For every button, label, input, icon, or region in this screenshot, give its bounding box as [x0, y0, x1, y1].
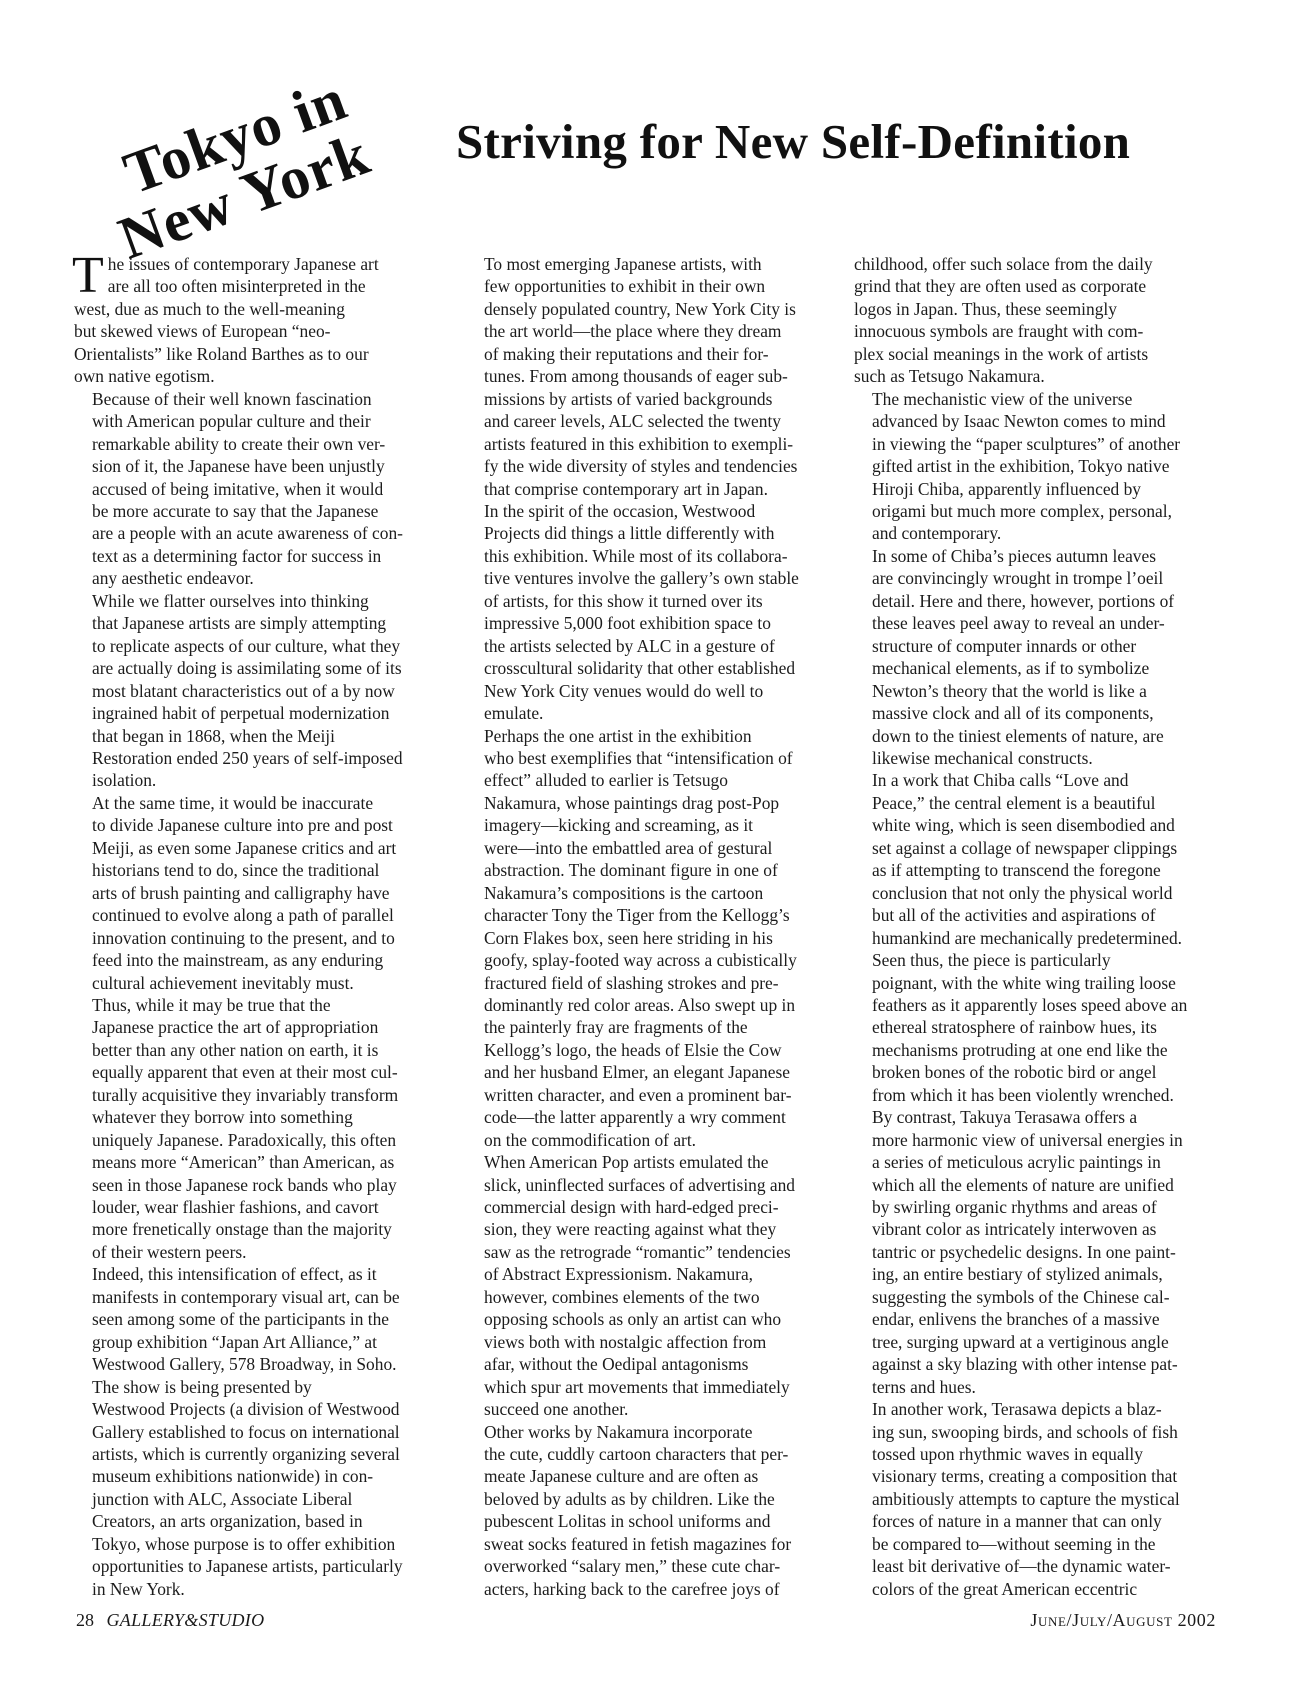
- text-line: vibrant color as intricately interwoven …: [854, 1218, 1224, 1240]
- text-line: origami but much more complex, personal,: [854, 500, 1224, 522]
- text-line: most blatant characteristics out of a by…: [74, 680, 420, 702]
- text-line: In a work that Chiba calls “Love and: [854, 769, 1224, 791]
- article-column-3: childhood, offer such solace from the da…: [854, 253, 1224, 1600]
- text-line: beloved by adults as by children. Like t…: [466, 1488, 812, 1510]
- text-line: When American Pop artists emulated the: [466, 1151, 812, 1173]
- article-paragraph: Seen thus, the piece is particularlypoig…: [854, 949, 1224, 1106]
- text-line: are all too often misinterpreted in the: [108, 276, 366, 296]
- text-line: Creators, an arts organization, based in: [74, 1510, 420, 1532]
- text-line: Nakamura, whose paintings drag post-Pop: [466, 792, 812, 814]
- text-line: down to the tiniest elements of nature, …: [854, 725, 1224, 747]
- text-line: pubescent Lolitas in school uniforms and: [466, 1510, 812, 1532]
- text-line: Tokyo, whose purpose is to offer exhibit…: [74, 1533, 420, 1555]
- article-paragraph: To most emerging Japanese artists, withf…: [466, 253, 812, 500]
- text-line: written character, and even a prominent …: [466, 1084, 812, 1106]
- text-line: manifests in contemporary visual art, ca…: [74, 1286, 420, 1308]
- text-line: who best exemplifies that “intensificati…: [466, 747, 812, 769]
- text-line: succeed one another.: [466, 1398, 812, 1420]
- text-line: forces of nature in a manner that can on…: [854, 1510, 1224, 1532]
- text-line: white wing, which is seen disembodied an…: [854, 814, 1224, 836]
- text-line: Westwood Projects (a division of Westwoo…: [74, 1398, 420, 1420]
- text-line: Nakamura’s compositions is the cartoon: [466, 882, 812, 904]
- text-line: whatever they borrow into something: [74, 1106, 420, 1128]
- text-line: impressive 5,000 foot exhibition space t…: [466, 612, 812, 634]
- text-line: arts of brush painting and calligraphy h…: [74, 882, 420, 904]
- text-line: means more “American” than American, as: [74, 1151, 420, 1173]
- text-line: Newton’s theory that the world is like a: [854, 680, 1224, 702]
- text-line: seen among some of the participants in t…: [74, 1308, 420, 1330]
- text-line: the art world—the place where they dream: [466, 320, 812, 342]
- text-line: ambitiously attempts to capture the myst…: [854, 1488, 1224, 1510]
- article-paragraph: In some of Chiba’s pieces autumn leavesa…: [854, 545, 1224, 770]
- text-line: The mechanistic view of the universe: [854, 388, 1224, 410]
- text-line: least bit derivative of—the dynamic wate…: [854, 1555, 1224, 1577]
- article-paragraph: The issues of contemporary Japanese arta…: [74, 253, 420, 388]
- article-paragraph: By contrast, Takuya Terasawa offers amor…: [854, 1106, 1224, 1398]
- text-line: gifted artist in the exhibition, Tokyo n…: [854, 455, 1224, 477]
- text-line: poignant, with the white wing trailing l…: [854, 972, 1224, 994]
- text-line: opposing schools as only an artist can w…: [466, 1308, 812, 1330]
- text-line: visionary terms, creating a composition …: [854, 1465, 1224, 1487]
- text-line: Orientalists” like Roland Barthes as to …: [74, 343, 420, 365]
- text-line: Kellogg’s logo, the heads of Elsie the C…: [466, 1039, 812, 1061]
- text-line: imagery—kicking and screaming, as it: [466, 814, 812, 836]
- text-line: equally apparent that even at their most…: [74, 1061, 420, 1083]
- text-line: of making their reputations and their fo…: [466, 343, 812, 365]
- text-line: of Abstract Expressionism. Nakamura,: [466, 1263, 812, 1285]
- text-line: dominantly red color areas. Also swept u…: [466, 994, 812, 1016]
- text-line: childhood, offer such solace from the da…: [854, 253, 1224, 275]
- text-line: uniquely Japanese. Paradoxically, this o…: [74, 1129, 420, 1151]
- drop-cap: T: [72, 256, 104, 296]
- text-line: such as Tetsugo Nakamura.: [854, 365, 1224, 387]
- article-paragraph: childhood, offer such solace from the da…: [854, 253, 1224, 388]
- text-line: Because of their well known fascination: [74, 388, 420, 410]
- text-line: mechanisms protruding at one end like th…: [854, 1039, 1224, 1061]
- text-line: Seen thus, the piece is particularly: [854, 949, 1224, 971]
- text-line: better than any other nation on earth, i…: [74, 1039, 420, 1061]
- text-line: fy the wide diversity of styles and tend…: [466, 455, 812, 477]
- text-line: mechanical elements, as if to symbolize: [854, 657, 1224, 679]
- text-line: turally acquisitive they invariably tran…: [74, 1084, 420, 1106]
- text-line: more harmonic view of universal energies…: [854, 1129, 1224, 1151]
- text-line: grind that they are often used as corpor…: [854, 275, 1224, 297]
- text-line: tunes. From among thousands of eager sub…: [466, 365, 812, 387]
- text-line: that Japanese artists are simply attempt…: [74, 612, 420, 634]
- article-paragraph: At the same time, it would be inaccurate…: [74, 792, 420, 994]
- text-line: the artists selected by ALC in a gesture…: [466, 635, 812, 657]
- text-line: historians tend to do, since the traditi…: [74, 859, 420, 881]
- text-line: Other works by Nakamura incorporate: [466, 1421, 812, 1443]
- text-line: to replicate aspects of our culture, wha…: [74, 635, 420, 657]
- text-line: fractured field of slashing strokes and …: [466, 972, 812, 994]
- text-line: a series of meticulous acrylic paintings…: [854, 1151, 1224, 1173]
- text-line: terns and hues.: [854, 1376, 1224, 1398]
- text-line: commercial design with hard-edged preci-: [466, 1196, 812, 1218]
- text-line: of their western peers.: [74, 1241, 420, 1263]
- text-line: Corn Flakes box, seen here striding in h…: [466, 927, 812, 949]
- text-line: To most emerging Japanese artists, with: [466, 253, 812, 275]
- article-paragraph: Perhaps the one artist in the exhibition…: [466, 725, 812, 1152]
- text-line: ing, an entire bestiary of stylized anim…: [854, 1263, 1224, 1285]
- text-line: were—into the embattled area of gestural: [466, 837, 812, 859]
- text-line: tantric or psychedelic designs. In one p…: [854, 1241, 1224, 1263]
- text-line: and career levels, ALC selected the twen…: [466, 410, 812, 432]
- text-line: in viewing the “paper sculptures” of ano…: [854, 433, 1224, 455]
- text-line: are convincingly wrought in trompe l’oei…: [854, 567, 1224, 589]
- text-line: At the same time, it would be inaccurate: [74, 792, 420, 814]
- text-line: louder, wear flashier fashions, and cavo…: [74, 1196, 420, 1218]
- text-line: emulate.: [466, 702, 812, 724]
- text-line: by swirling organic rhythms and areas of: [854, 1196, 1224, 1218]
- text-line: few opportunities to exhibit in their ow…: [466, 275, 812, 297]
- text-line: sion of it, the Japanese have been unjus…: [74, 455, 420, 477]
- text-line: that comprise contemporary art in Japan.: [466, 478, 812, 500]
- text-line: in New York.: [74, 1578, 420, 1600]
- text-line: Japanese practice the art of appropriati…: [74, 1016, 420, 1038]
- text-line: and contemporary.: [854, 522, 1224, 544]
- text-line: goofy, splay-footed way across a cubisti…: [466, 949, 812, 971]
- text-line: character Tony the Tiger from the Kellog…: [466, 904, 812, 926]
- article-paragraph: In a work that Chiba calls “Love andPeac…: [854, 769, 1224, 949]
- article-paragraph: While we flatter ourselves into thinking…: [74, 590, 420, 792]
- text-line: he issues of contemporary Japanese art: [108, 254, 379, 274]
- text-line: isolation.: [74, 769, 420, 791]
- text-line: Peace,” the central element is a beautif…: [854, 792, 1224, 814]
- text-line: broken bones of the robotic bird or ange…: [854, 1061, 1224, 1083]
- text-line: against a sky blazing with other intense…: [854, 1353, 1224, 1375]
- text-line: ingrained habit of perpetual modernizati…: [74, 702, 420, 724]
- text-line: tree, surging upward at a vertiginous an…: [854, 1331, 1224, 1353]
- text-line: junction with ALC, Associate Liberal: [74, 1488, 420, 1510]
- article-paragraph: Because of their well known fascinationw…: [74, 388, 420, 590]
- text-line: While we flatter ourselves into thinking: [74, 590, 420, 612]
- text-line: ing sun, swooping birds, and schools of …: [854, 1421, 1224, 1443]
- text-line: innovation continuing to the present, an…: [74, 927, 420, 949]
- text-line: massive clock and all of its components,: [854, 702, 1224, 724]
- text-line: Westwood Gallery, 578 Broadway, in Soho.: [74, 1353, 420, 1375]
- text-line: cultural achievement inevitably must.: [74, 972, 420, 994]
- text-line: own native egotism.: [74, 365, 420, 387]
- text-line: structure of computer innards or other: [854, 635, 1224, 657]
- text-line: In some of Chiba’s pieces autumn leaves: [854, 545, 1224, 567]
- article-headline: Striving for New Self-Definition: [456, 113, 1130, 170]
- text-line: this exhibition. While most of its colla…: [466, 545, 812, 567]
- text-line: By contrast, Takuya Terasawa offers a: [854, 1106, 1224, 1128]
- text-line: are a people with an acute awareness of …: [74, 522, 420, 544]
- article-paragraph: Other works by Nakamura incorporatethe c…: [466, 1421, 812, 1601]
- article-column-2: To most emerging Japanese artists, withf…: [466, 253, 812, 1600]
- kicker-title: Tokyo in New York: [92, 62, 412, 232]
- text-line: densely populated country, New York City…: [466, 298, 812, 320]
- text-line: ethereal stratosphere of rainbow hues, i…: [854, 1016, 1224, 1038]
- text-line: In the spirit of the occasion, Westwood: [466, 500, 812, 522]
- text-line: continued to evolve along a path of para…: [74, 904, 420, 926]
- text-line: Projects did things a little differently…: [466, 522, 812, 544]
- text-line: slick, uninflected surfaces of advertisi…: [466, 1174, 812, 1196]
- text-line: feed into the mainstream, as any endurin…: [74, 949, 420, 971]
- text-line: Restoration ended 250 years of self-impo…: [74, 747, 420, 769]
- article-paragraph: In another work, Terasawa depicts a blaz…: [854, 1398, 1224, 1600]
- text-line: any aesthetic endeavor.: [74, 567, 420, 589]
- article-paragraph: In the spirit of the occasion, WestwoodP…: [466, 500, 812, 725]
- text-line: but all of the activities and aspiration…: [854, 904, 1224, 926]
- text-line: crosscultural solidarity that other esta…: [466, 657, 812, 679]
- text-line: In another work, Terasawa depicts a blaz…: [854, 1398, 1224, 1420]
- text-line: conclusion that not only the physical wo…: [854, 882, 1224, 904]
- text-line: however, combines elements of the two: [466, 1286, 812, 1308]
- text-line: missions by artists of varied background…: [466, 388, 812, 410]
- text-line: accused of being imitative, when it woul…: [74, 478, 420, 500]
- text-line: group exhibition “Japan Art Alliance,” a…: [74, 1331, 420, 1353]
- text-line: on the commodification of art.: [466, 1129, 812, 1151]
- text-line: The show is being presented by: [74, 1376, 420, 1398]
- text-line: plex social meanings in the work of arti…: [854, 343, 1224, 365]
- text-line: set against a collage of newspaper clipp…: [854, 837, 1224, 859]
- text-line: which spur art movements that immediatel…: [466, 1376, 812, 1398]
- page-number: 28: [76, 1610, 94, 1630]
- text-line: with American popular culture and their: [74, 410, 420, 432]
- text-line: abstraction. The dominant figure in one …: [466, 859, 812, 881]
- text-line: Hiroji Chiba, apparently influenced by: [854, 478, 1224, 500]
- text-line: feathers as it apparently loses speed ab…: [854, 994, 1224, 1016]
- text-line: innocuous symbols are fraught with com-: [854, 320, 1224, 342]
- article-paragraph: The show is being presented byWestwood P…: [74, 1376, 420, 1601]
- text-line: as if attempting to transcend the forego…: [854, 859, 1224, 881]
- text-line: are actually doing is assimilating some …: [74, 657, 420, 679]
- text-line: tossed upon rhythmic waves in equally: [854, 1443, 1224, 1465]
- text-line: remarkable ability to create their own v…: [74, 433, 420, 455]
- footer-folio: 28 GALLERY&STUDIO: [76, 1610, 264, 1631]
- text-line: afar, without the Oedipal antagonisms: [466, 1353, 812, 1375]
- text-line: detail. Here and there, however, portion…: [854, 590, 1224, 612]
- text-line: be more accurate to say that the Japanes…: [74, 500, 420, 522]
- article-column-1: The issues of contemporary Japanese arta…: [74, 253, 420, 1600]
- text-line: the cute, cuddly cartoon characters that…: [466, 1443, 812, 1465]
- text-line: more frenetically onstage than the major…: [74, 1218, 420, 1240]
- text-line: tive ventures involve the gallery’s own …: [466, 567, 812, 589]
- text-line: from which it has been violently wrenche…: [854, 1084, 1224, 1106]
- text-line: likewise mechanical constructs.: [854, 747, 1224, 769]
- text-line: opportunities to Japanese artists, parti…: [74, 1555, 420, 1577]
- text-line: overworked “salary men,” these cute char…: [466, 1555, 812, 1577]
- text-line: humankind are mechanically predetermined…: [854, 927, 1224, 949]
- text-line: effect” alluded to earlier is Tetsugo: [466, 769, 812, 791]
- text-line: colors of the great American eccentric: [854, 1578, 1224, 1600]
- text-line: acters, harking back to the carefree joy…: [466, 1578, 812, 1600]
- article-paragraph: The mechanistic view of the universeadva…: [854, 388, 1224, 545]
- text-line: and her husband Elmer, an elegant Japane…: [466, 1061, 812, 1083]
- text-line: logos in Japan. Thus, these seemingly: [854, 298, 1224, 320]
- text-line: artists featured in this exhibition to e…: [466, 433, 812, 455]
- text-line: west, due as much to the well-meaning: [74, 298, 420, 320]
- magazine-name: GALLERY&STUDIO: [107, 1610, 265, 1630]
- text-line: to divide Japanese culture into pre and …: [74, 814, 420, 836]
- text-line: Meiji, as even some Japanese critics and…: [74, 837, 420, 859]
- text-line: text as a determining factor for success…: [74, 545, 420, 567]
- text-line: that began in 1868, when the Meiji: [74, 725, 420, 747]
- text-line: endar, enlivens the branches of a massiv…: [854, 1308, 1224, 1330]
- text-line: these leaves peel away to reveal an unde…: [854, 612, 1224, 634]
- text-line: but skewed views of European “neo-: [74, 320, 420, 342]
- text-line: saw as the retrograde “romantic” tendenc…: [466, 1241, 812, 1263]
- text-line: sweat socks featured in fetish magazines…: [466, 1533, 812, 1555]
- text-line: Indeed, this intensification of effect, …: [74, 1263, 420, 1285]
- text-line: Perhaps the one artist in the exhibition: [466, 725, 812, 747]
- text-line: artists, which is currently organizing s…: [74, 1443, 420, 1465]
- text-line: code—the latter apparently a wry comment: [466, 1106, 812, 1128]
- article-paragraph: Indeed, this intensification of effect, …: [74, 1263, 420, 1375]
- text-line: suggesting the symbols of the Chinese ca…: [854, 1286, 1224, 1308]
- text-line: sion, they were reacting against what th…: [466, 1218, 812, 1240]
- article-paragraph: When American Pop artists emulated thesl…: [466, 1151, 812, 1420]
- text-line: views both with nostalgic affection from: [466, 1331, 812, 1353]
- text-line: advanced by Isaac Newton comes to mind: [854, 410, 1224, 432]
- text-line: New York City venues would do well to: [466, 680, 812, 702]
- text-line: Thus, while it may be true that the: [74, 994, 420, 1016]
- text-line: Gallery established to focus on internat…: [74, 1421, 420, 1443]
- text-line: museum exhibitions nationwide) in con-: [74, 1465, 420, 1487]
- text-line: which all the elements of nature are uni…: [854, 1174, 1224, 1196]
- article-paragraph: Thus, while it may be true that theJapan…: [74, 994, 420, 1263]
- text-line: be compared to—without seeming in the: [854, 1533, 1224, 1555]
- text-line: seen in those Japanese rock bands who pl…: [74, 1174, 420, 1196]
- text-line: meate Japanese culture and are often as: [466, 1465, 812, 1487]
- text-line: the painterly fray are fragments of the: [466, 1016, 812, 1038]
- issue-date: June/July/August 2002: [1030, 1610, 1216, 1631]
- text-line: of artists, for this show it turned over…: [466, 590, 812, 612]
